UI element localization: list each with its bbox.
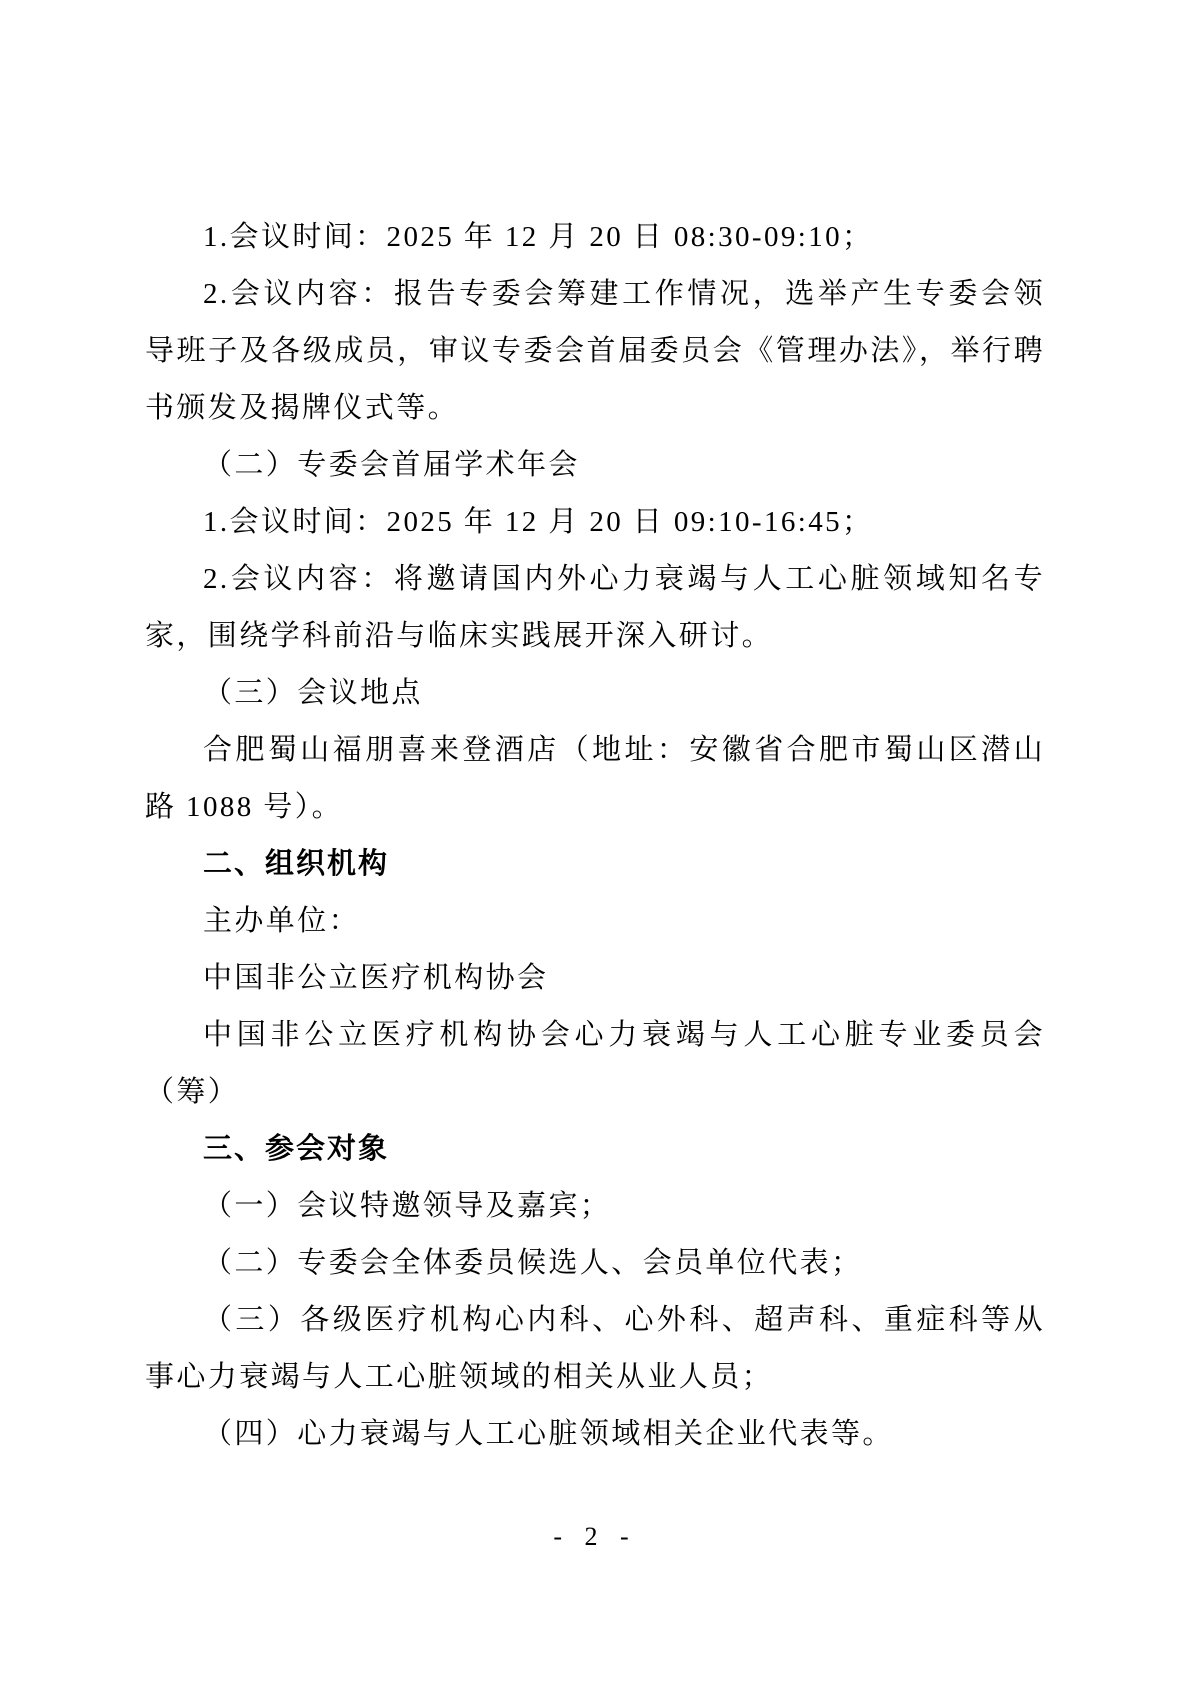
organizer-label: 主办单位： (145, 893, 1045, 950)
meeting-time-2: 1.会议时间：2025 年 12 月 20 日 09:10-16:45； (145, 494, 1045, 551)
attendee-item-4: （四）心力衰竭与人工心脏领域相关企业代表等。 (145, 1406, 1045, 1463)
attendee-item-1: （一）会议特邀领导及嘉宾； (145, 1178, 1045, 1235)
page-number: - 2 - (553, 1522, 636, 1551)
venue-address: 合肥蜀山福朋喜来登酒店（地址：安徽省合肥市蜀山区潜山路 1088 号）。 (145, 722, 1045, 836)
section-attendees: 三、参会对象 (145, 1121, 1045, 1178)
subheading-annual-academic-meeting: （二）专委会首届学术年会 (145, 437, 1045, 494)
organizer-2: 中国非公立医疗机构协会心力衰竭与人工心脏专业委员会（筹） (145, 1007, 1045, 1121)
section-organization: 二、组织机构 (145, 836, 1045, 893)
attendee-item-3: （三）各级医疗机构心内科、心外科、超声科、重症科等从事心力衰竭与人工心脏领域的相… (145, 1292, 1045, 1406)
document-page: 1.会议时间：2025 年 12 月 20 日 08:30-09:10；2.会议… (0, 0, 1190, 1684)
document-body: 1.会议时间：2025 年 12 月 20 日 08:30-09:10；2.会议… (145, 209, 1045, 1463)
meeting-time-1: 1.会议时间：2025 年 12 月 20 日 08:30-09:10； (145, 209, 1045, 266)
subheading-meeting-venue: （三）会议地点 (145, 665, 1045, 722)
organizer-1: 中国非公立医疗机构协会 (145, 950, 1045, 1007)
attendee-item-2: （二）专委会全体委员候选人、会员单位代表； (145, 1235, 1045, 1292)
meeting-content-1: 2.会议内容：报告专委会筹建工作情况，选举产生专委会领导班子及各级成员，审议专委… (145, 266, 1045, 437)
page-footer: - 2 - (0, 1522, 1190, 1552)
meeting-content-2: 2.会议内容：将邀请国内外心力衰竭与人工心脏领域知名专家，围绕学科前沿与临床实践… (145, 551, 1045, 665)
